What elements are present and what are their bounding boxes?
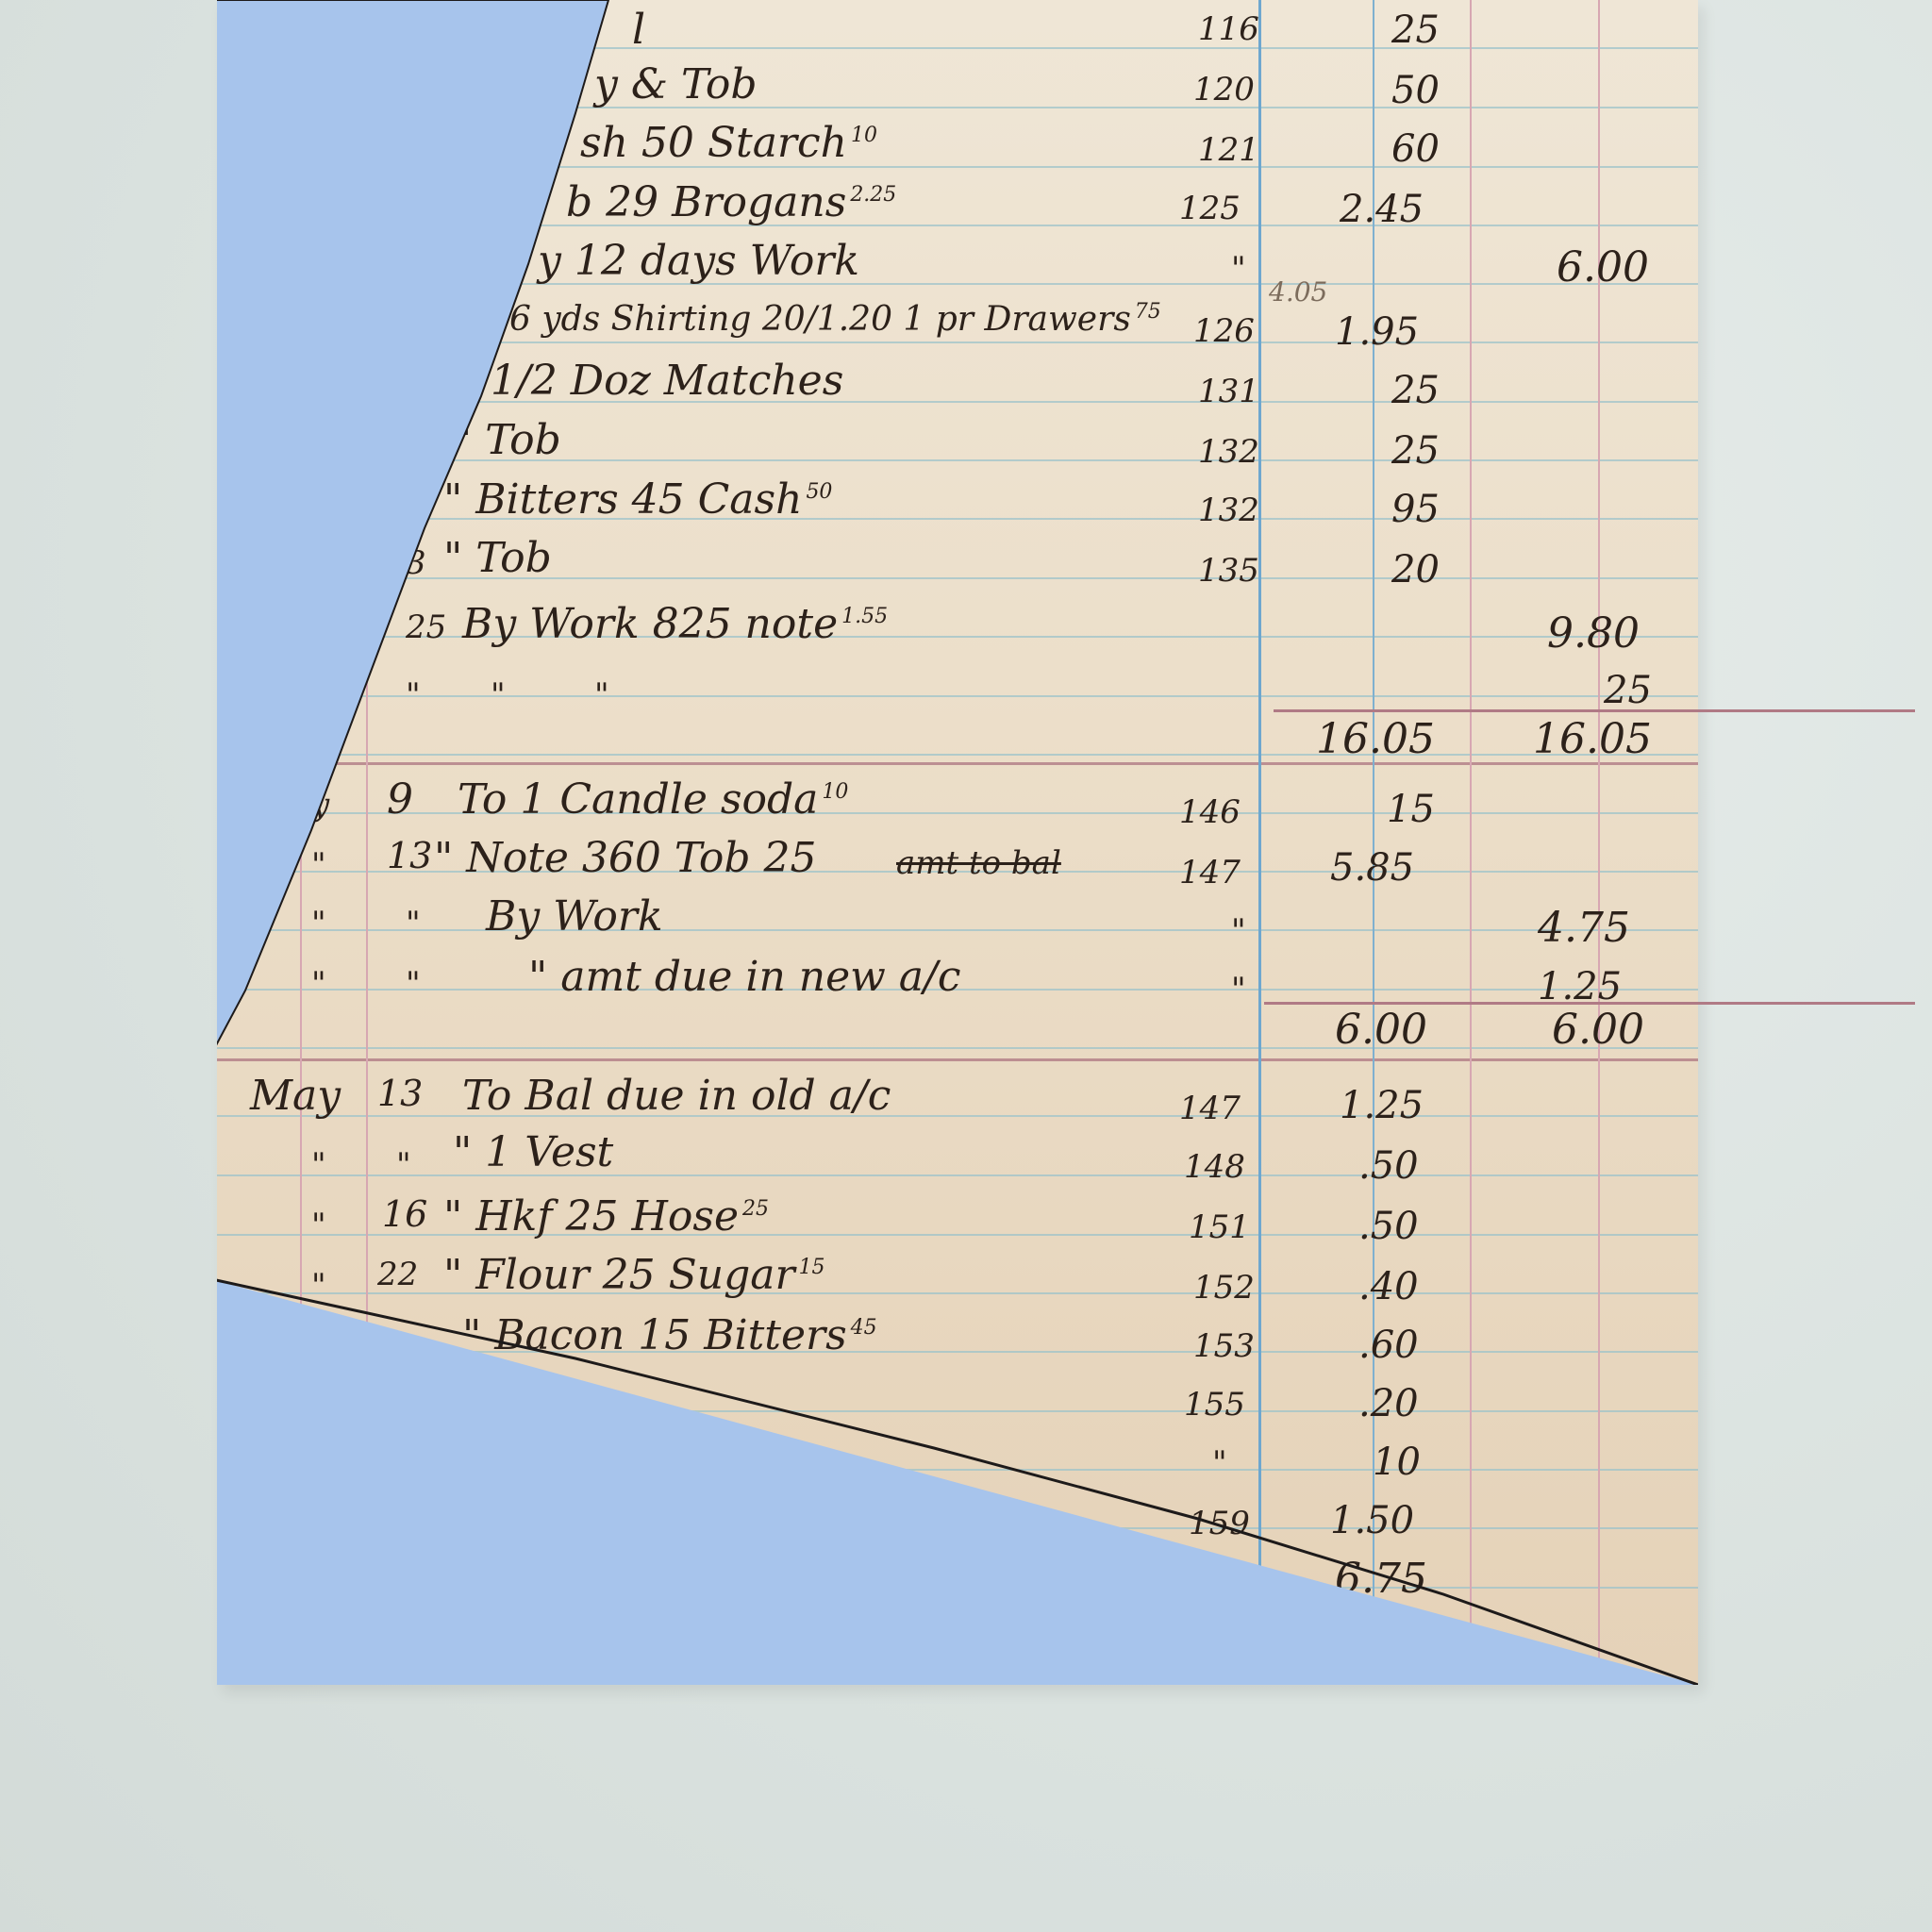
row-debit: 25 [1391, 432, 1440, 470]
row-debit: 1.95 [1335, 313, 1419, 351]
rule-line [217, 283, 1698, 285]
ledger-artwork: l 116 25 y & Tob 120 50 sh 50 Starch10 1… [217, 0, 1698, 1685]
rule-line [217, 1410, 1698, 1412]
rule-line [217, 1527, 1698, 1529]
rule-line [217, 518, 1698, 520]
row-desc: sh 50 Starch10 [580, 123, 877, 164]
row-folio: " [1231, 974, 1246, 1006]
row-day: " [396, 1149, 411, 1181]
column-line [1470, 0, 1472, 1685]
row-day: 16 [382, 1196, 427, 1232]
row-desc: " amt due in new a/c [528, 957, 961, 998]
row-debit: 2.45 [1340, 191, 1424, 228]
row-folio: 146 [1179, 796, 1241, 828]
row-desc: y 12 days Work [538, 241, 859, 282]
row-desc: 1/2 Doz Matches [491, 360, 843, 402]
rule-line [217, 1351, 1698, 1353]
row-credit: 25 [1604, 672, 1652, 709]
row-desc: " Hkf 25 Hose25 [443, 1196, 769, 1238]
row-desc: y & Tob [594, 64, 758, 106]
row-day: " [406, 908, 421, 940]
total-credit: 16.05 [1533, 719, 1652, 760]
row-day: 25 [406, 611, 446, 643]
rule-line [217, 929, 1698, 931]
total-line [1264, 1002, 1915, 1005]
row-credit: 6.00 [1557, 247, 1649, 289]
row-debit: 60 [1391, 130, 1440, 168]
rule-line [217, 1047, 1698, 1049]
row-debit: 25 [1391, 11, 1440, 49]
row-desc: 6 yds Shirting 20/1.20 1 pr Drawers75 [509, 302, 1161, 337]
row-debit: 1.50 [1330, 1502, 1414, 1540]
row-debit: 15 [1387, 791, 1435, 828]
row-debit: .50 [1358, 1147, 1419, 1185]
row-folio: 131 [1198, 375, 1259, 408]
rule-line [217, 1174, 1698, 1176]
row-day: 13 [377, 1075, 423, 1111]
row-folio: 147 [1179, 1092, 1241, 1124]
row-folio: " [1231, 915, 1246, 947]
row-desc: " 1 Vest [453, 1132, 613, 1174]
row-day: 9 [387, 779, 413, 821]
row-day: " [406, 968, 421, 1000]
row-month: y [311, 789, 329, 821]
row-debit: .20 [1358, 1385, 1419, 1423]
row-desc: " Bacon 15 Bitters45 [462, 1315, 877, 1357]
struck-text: amt to bal [896, 847, 1061, 879]
row-folio: 135 [1198, 555, 1259, 587]
rule-line [217, 1587, 1698, 1589]
row-month: " [311, 849, 326, 881]
total-debit: 16.05 [1316, 719, 1435, 760]
column-line [366, 0, 368, 1685]
row-folio: 147 [1179, 857, 1241, 889]
rule-line [217, 754, 1698, 756]
row-desc: By Work [486, 896, 663, 938]
row-credit: 9.80 [1547, 613, 1640, 655]
ledger-paper: l 116 25 y & Tob 120 50 sh 50 Starch10 1… [217, 0, 1698, 1685]
row-folio: " [1212, 1447, 1227, 1479]
rule-line [217, 812, 1698, 814]
row-folio: 159 [1189, 1507, 1250, 1540]
row-month: " [311, 1270, 326, 1302]
row-debit: 5.85 [1330, 849, 1414, 887]
rule-line [217, 1234, 1698, 1236]
row-credit: 1.25 [1538, 968, 1622, 1006]
row-folio: 116 [1198, 13, 1259, 45]
row-month: " [406, 679, 421, 711]
row-debit: 1.25 [1340, 1087, 1424, 1124]
row-month: " [311, 1209, 326, 1241]
row-month: " [311, 968, 326, 1000]
total-debit: 6.75 [1335, 1558, 1427, 1600]
rule-line [217, 401, 1698, 403]
total-line [1274, 709, 1915, 712]
rule-line [217, 577, 1698, 579]
rule-line [217, 341, 1698, 343]
rule-line [217, 47, 1698, 49]
row-folio: 121 [1198, 134, 1259, 166]
row-folio: " [1231, 253, 1246, 285]
row-folio: 126 [1193, 315, 1255, 347]
row-debit: 10 [1373, 1443, 1421, 1481]
total-debit: 6.00 [1335, 1009, 1427, 1051]
column-line [300, 0, 302, 1685]
row-debit: 95 [1391, 491, 1440, 528]
rule-line-red [217, 762, 1698, 765]
rule-line [217, 1292, 1698, 1294]
row-folio: 148 [1184, 1151, 1245, 1183]
pencil-note: 4.05 [1269, 279, 1327, 306]
row-desc: " Tob [443, 538, 552, 579]
row-desc: " Bitters 45 Cash50 [443, 479, 832, 521]
row-desc: By Work 825 note1.55 [462, 604, 888, 645]
row-month: " [311, 908, 326, 940]
row-desc: b 29 Brogans2.25 [566, 182, 896, 224]
row-day: 13 [387, 838, 432, 874]
row-debit: .40 [1358, 1268, 1419, 1306]
row-debit: 20 [1391, 551, 1440, 589]
column-line-folio [1258, 0, 1261, 1685]
row-desc: To Bal due in old a/c [462, 1075, 891, 1117]
row-folio: 132 [1198, 436, 1259, 468]
row-day: " [491, 679, 506, 711]
row-desc: " Note 360 Tob 25 [434, 838, 816, 879]
row-folio: 120 [1193, 74, 1255, 106]
row-debit: .50 [1358, 1207, 1419, 1245]
total-credit: 6.00 [1552, 1009, 1644, 1051]
row-folio: 151 [1189, 1211, 1250, 1243]
rule-line [217, 1469, 1698, 1471]
row-month: May [250, 1075, 341, 1117]
row-month: " [311, 1149, 326, 1181]
rule-line-red [217, 1058, 1698, 1061]
rule-line [217, 225, 1698, 226]
column-line-debit [1373, 0, 1374, 1685]
row-desc: " [594, 679, 609, 711]
row-credit: 4.75 [1538, 908, 1630, 949]
row-debit: 50 [1391, 72, 1440, 109]
row-desc: To 1 Candle soda10 [458, 779, 848, 821]
row-desc: " Flour 25 Sugar15 [443, 1255, 825, 1296]
row-day: 22 [377, 1258, 418, 1291]
rule-line [217, 459, 1698, 461]
row-folio: 155 [1184, 1389, 1245, 1421]
row-desc: l [632, 9, 645, 51]
row-folio: 153 [1193, 1330, 1255, 1362]
rule-line [217, 695, 1698, 697]
row-folio: 152 [1193, 1272, 1255, 1304]
rule-line [217, 107, 1698, 108]
row-folio: 132 [1198, 494, 1259, 526]
row-desc: " Tob [453, 420, 561, 461]
row-debit: .60 [1358, 1326, 1419, 1364]
row-day: 3 [406, 547, 426, 579]
row-folio: 125 [1179, 192, 1241, 225]
rule-line [217, 1115, 1698, 1117]
rule-line [217, 166, 1698, 168]
row-debit: 25 [1391, 372, 1440, 409]
